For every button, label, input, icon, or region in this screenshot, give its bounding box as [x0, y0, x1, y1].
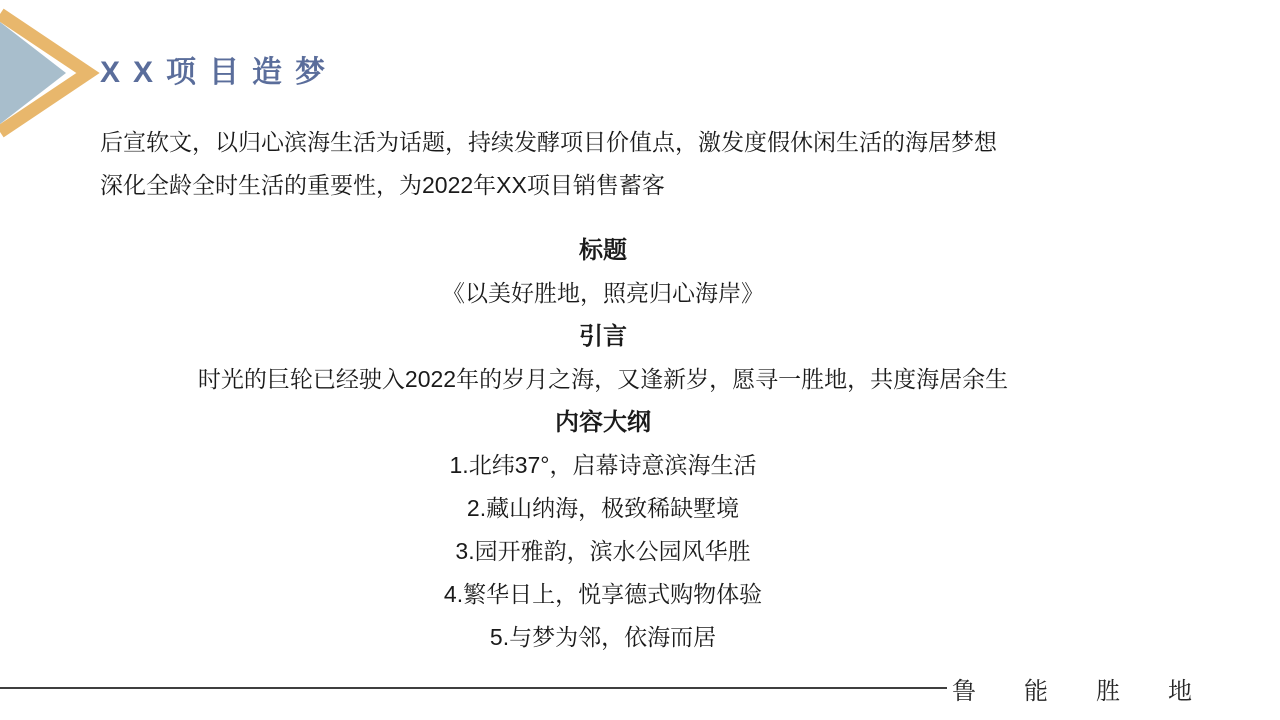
intro-line-1: 后宣软文，以归心滨海生活为话题，持续发酵项目价值点，激发度假休闲生活的海居梦想 — [100, 121, 1110, 164]
section-heading-outline: 内容大纲 — [100, 401, 1106, 444]
outline-item-1: 1.北纬37°，启幕诗意滨海生活 — [100, 444, 1106, 487]
section-heading-intro: 引言 — [100, 315, 1106, 358]
outline-item-4: 4.繁华日上，悦享德式购物体验 — [100, 573, 1106, 616]
intro-paragraph: 后宣软文，以归心滨海生活为话题，持续发酵项目价值点，激发度假休闲生活的海居梦想 … — [100, 121, 1110, 207]
slide-title: XX项目造梦 — [100, 47, 338, 91]
presentation-slide: XX项目造梦 后宣软文，以归心滨海生活为话题，持续发酵项目价值点，激发度假休闲生… — [0, 0, 1280, 720]
outline-item-3: 3.园开雅韵，滨水公园风华胜 — [100, 530, 1106, 573]
content-block: 标题 《以美好胜地，照亮归心海岸》 引言 时光的巨轮已经驶入2022年的岁月之海… — [100, 229, 1106, 659]
footer-brand: 鲁能胜地 — [952, 671, 1240, 706]
footer-divider — [0, 687, 947, 689]
section-heading-title: 标题 — [100, 229, 1106, 272]
outline-item-5: 5.与梦为邻，依海而居 — [100, 616, 1106, 659]
intro-quote-line: 时光的巨轮已经驶入2022年的岁月之海，又逢新岁，愿寻一胜地，共度海居余生 — [100, 358, 1106, 401]
chevron-right-icon — [0, 0, 110, 150]
article-title-line: 《以美好胜地，照亮归心海岸》 — [100, 272, 1106, 315]
outline-item-2: 2.藏山纳海，极致稀缺墅境 — [100, 487, 1106, 530]
intro-line-2: 深化全龄全时生活的重要性，为2022年XX项目销售蓄客 — [100, 164, 1110, 207]
